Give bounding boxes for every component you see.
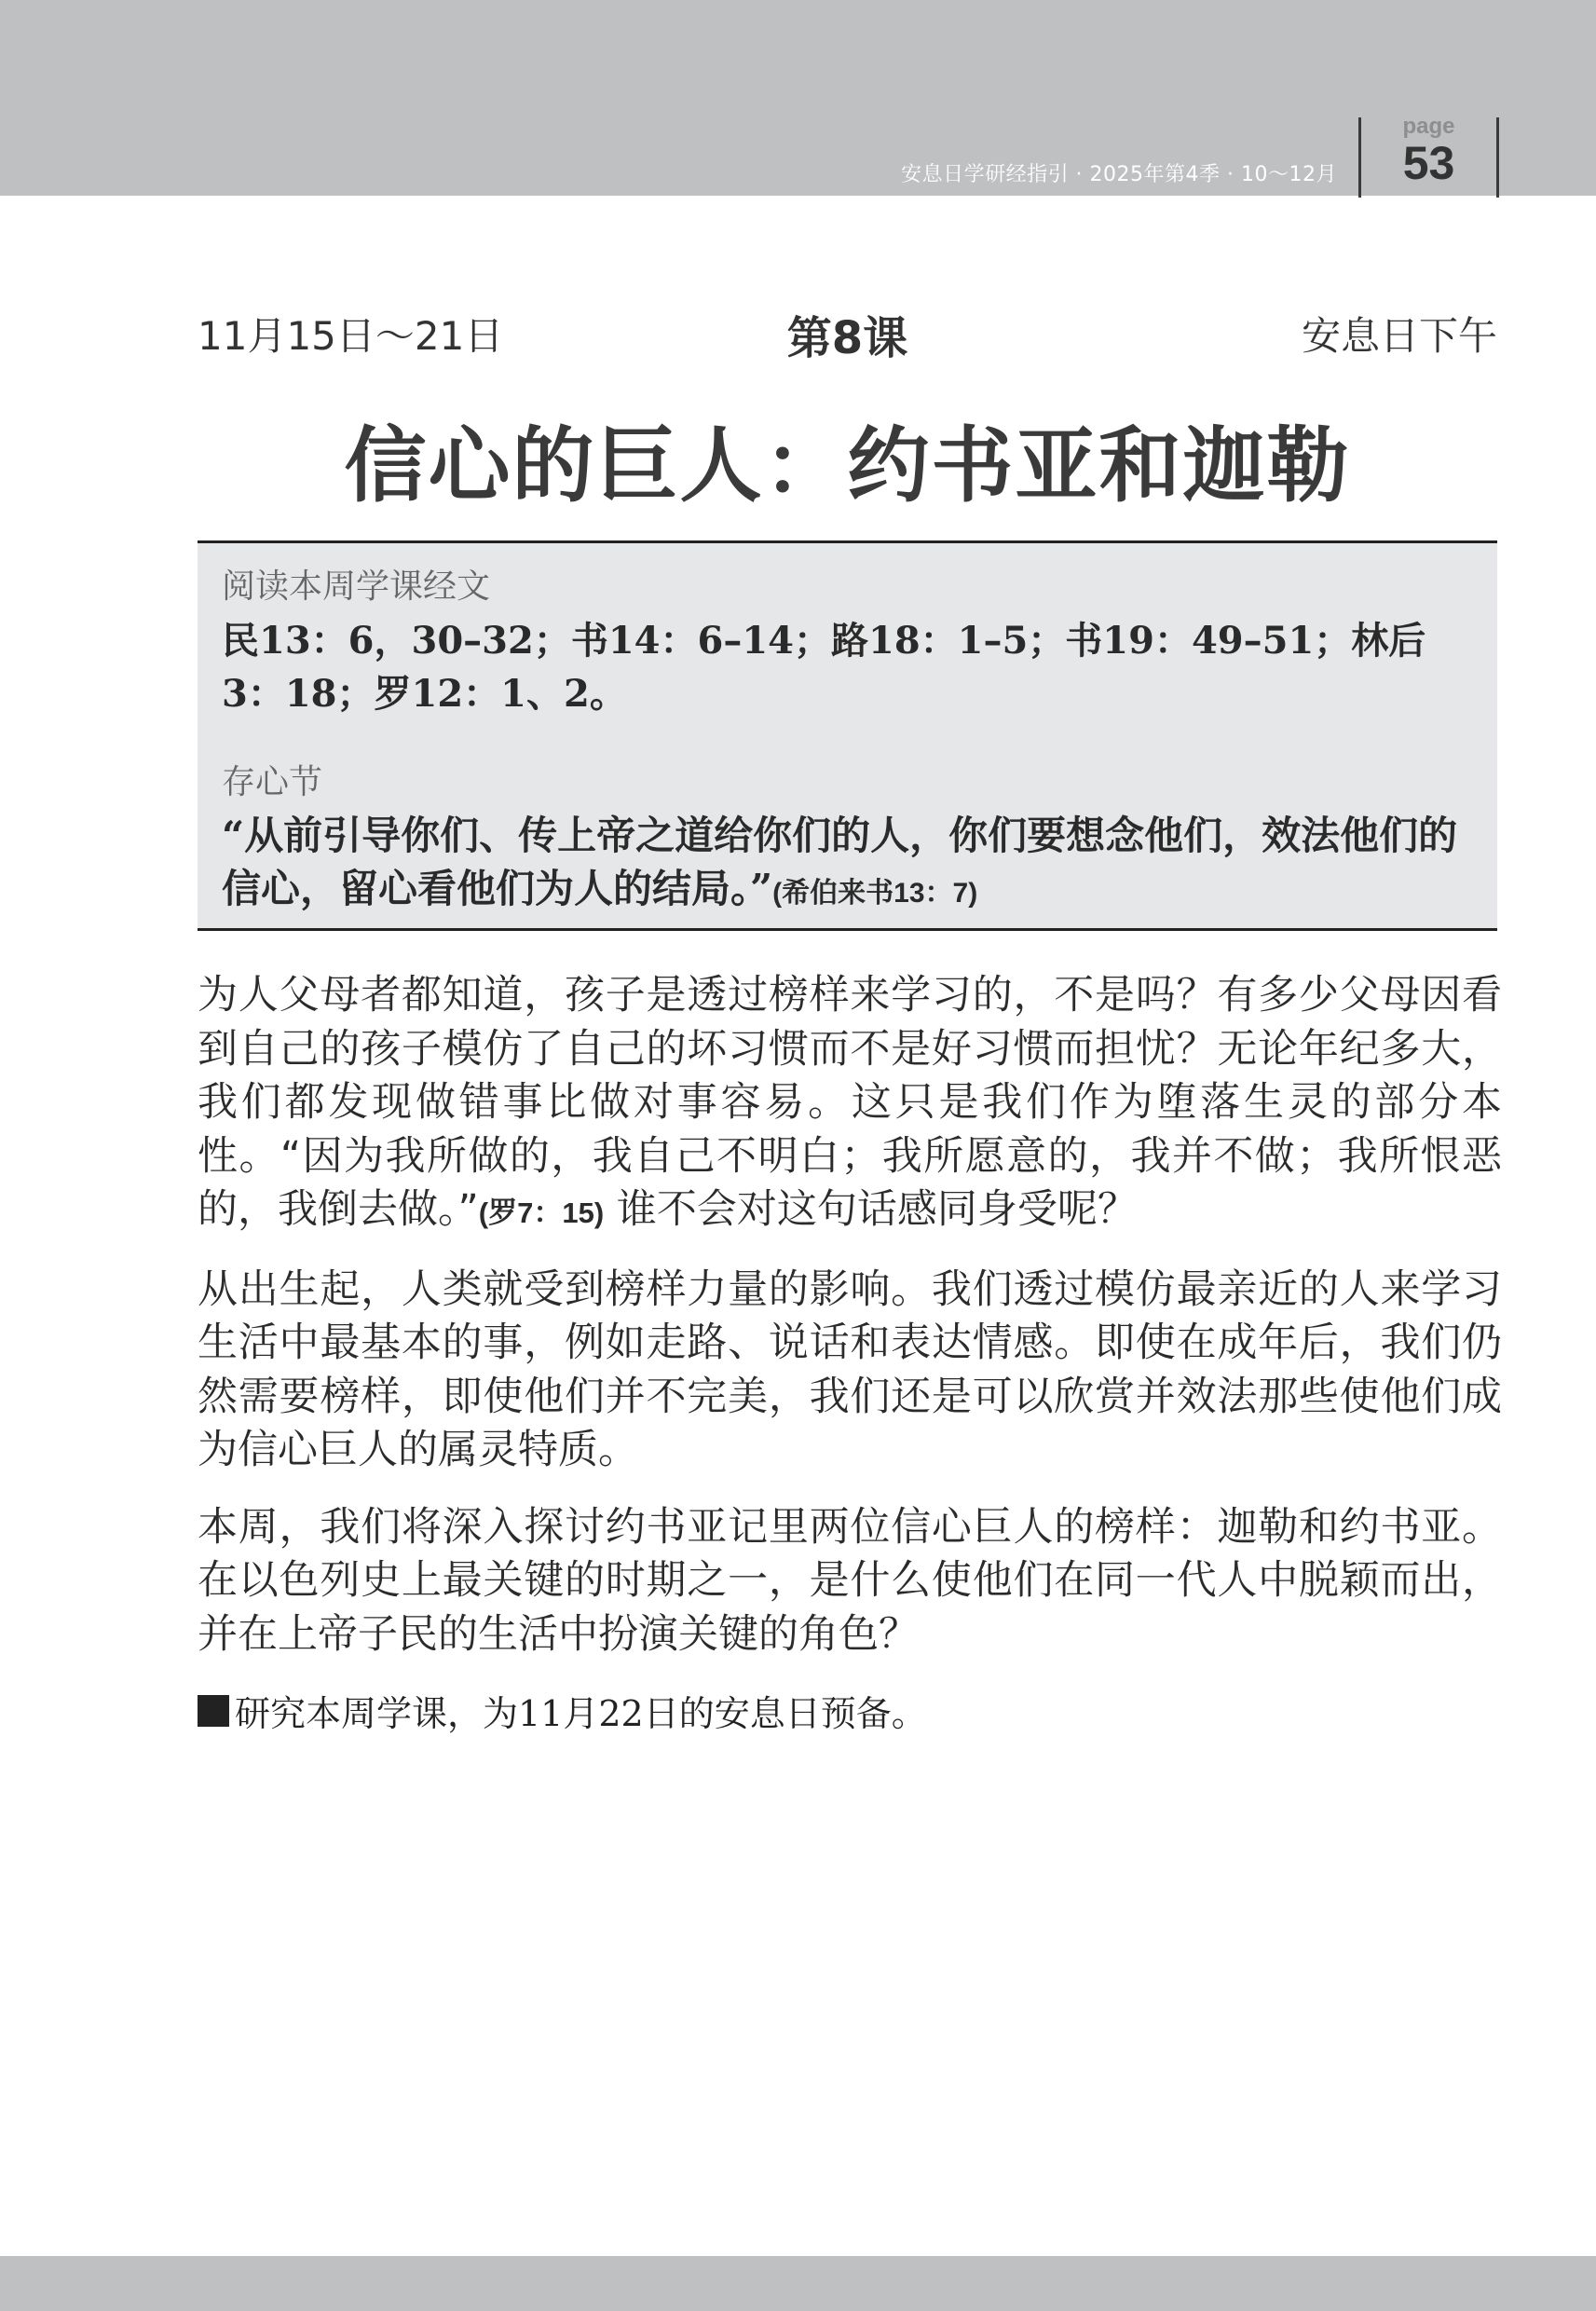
memory-verse-reference: (希伯来书13：7)	[772, 878, 977, 909]
square-bullet-icon	[198, 1695, 229, 1727]
memory-verse-label: 存心节	[222, 756, 322, 803]
page-number: 53	[1361, 140, 1496, 186]
study-note-text: 研究本周学课，为11月22日的安息日预备。	[235, 1685, 927, 1736]
memory-verse: “从前引导你们、传上帝之道给你们的人，你们要想念他们，效法他们的信心，留心看他们…	[222, 809, 1484, 920]
paragraph-3: 本周，我们将深入探讨约书亚记里两位信心巨人的榜样：迦勒和约书亚。在以色列史上最关…	[198, 1501, 1502, 1662]
study-note: 研究本周学课，为11月22日的安息日预备。	[198, 1685, 1502, 1736]
inline-reference: (罗7：15)	[479, 1197, 604, 1229]
paragraph-text: 谁不会对这句话感同身受呢？	[604, 1186, 1138, 1233]
paragraph-1: 为人父母者都知道，孩子是透过榜样来学习的，不是吗？有多少父母因看到自己的孩子模仿…	[198, 969, 1502, 1240]
paragraph-2: 从出生起，人类就受到榜样力量的影响。我们透过模仿最亲近的人来学习生活中最基本的事…	[198, 1264, 1502, 1478]
reading-box: 阅读本周学课经文 民13：6，30–32；书14：6–14；路18：1–5；书1…	[198, 540, 1497, 931]
reading-label: 阅读本周学课经文	[222, 560, 490, 608]
divider-right	[1496, 117, 1499, 198]
publication-title: 安息日学研经指引 · 2025年第4季 · 10～12月	[901, 158, 1337, 187]
footer-band	[0, 2256, 1596, 2311]
lesson-day: 安息日下午	[1302, 306, 1497, 362]
lesson-info-row: 11月15日～21日 第8课 安息日下午	[198, 306, 1497, 362]
scripture-references: 民13：6，30–32；书14：6–14；路18：1–5；书19：49–51；林…	[222, 614, 1484, 720]
lesson-title: 信心的巨人：约书亚和迦勒	[198, 401, 1497, 518]
body-text: 为人父母者都知道，孩子是透过榜样来学习的，不是吗？有多少父母因看到自己的孩子模仿…	[198, 969, 1502, 1736]
page-label: page	[1361, 114, 1496, 140]
header-band	[0, 0, 1596, 196]
